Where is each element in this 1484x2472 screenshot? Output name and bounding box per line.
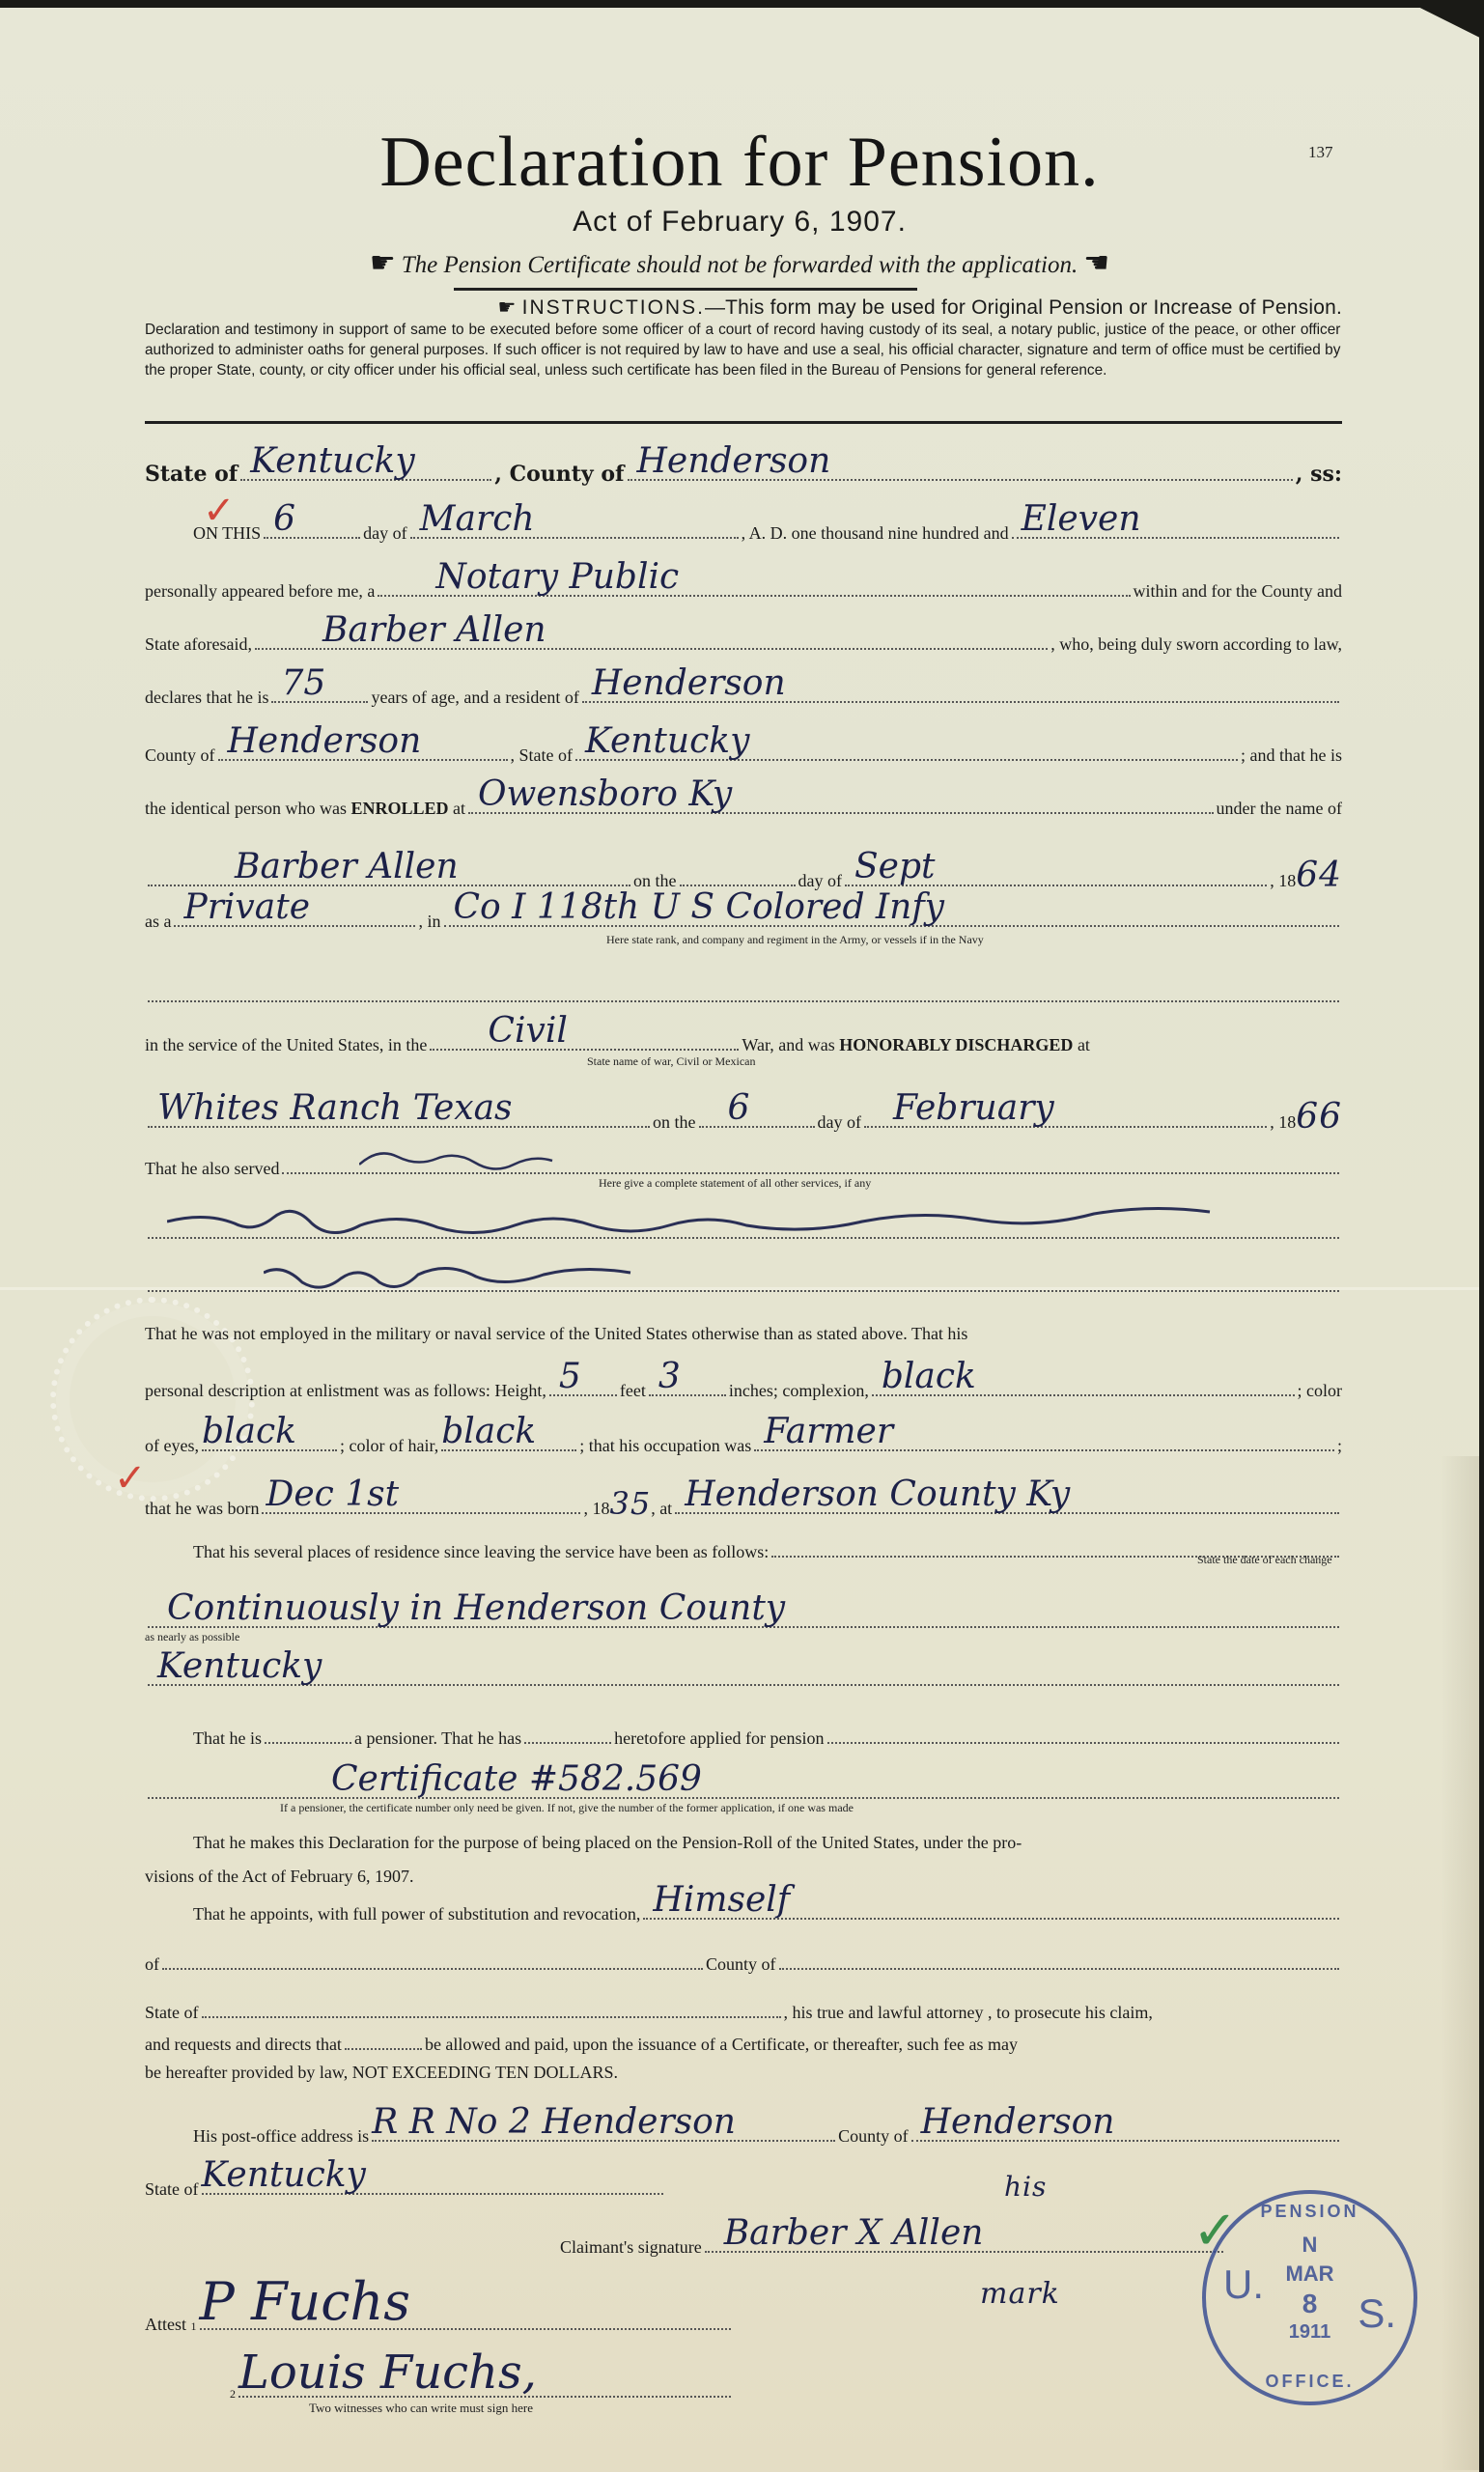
war-line: in the service of the United States, in … bbox=[145, 1031, 1342, 1055]
pointing-hand-right-icon: ☛ bbox=[370, 247, 396, 279]
document-title: Declaration for Pension. bbox=[0, 122, 1479, 204]
has-applied-field[interactable] bbox=[524, 1725, 611, 1744]
discharge-place-field[interactable]: Whites Ranch Texas bbox=[148, 1109, 650, 1128]
complexion-field[interactable]: black bbox=[872, 1377, 1295, 1396]
divider bbox=[454, 288, 917, 291]
claimant-signature-field[interactable]: Barber X Allen bbox=[705, 2233, 1223, 2253]
act-subtitle: Act of February 6, 1907. bbox=[0, 206, 1479, 239]
residence-county-field[interactable]: Henderson bbox=[218, 742, 508, 761]
enrolled-year: 64 bbox=[1296, 856, 1342, 895]
fee-line: and requests and directs that be allowed… bbox=[145, 2031, 1342, 2055]
rank-caption: Here state rank, and company and regimen… bbox=[606, 933, 984, 947]
venue-line: State of Kentucky , County of Henderson … bbox=[145, 462, 1342, 487]
unit-continued-field[interactable] bbox=[148, 983, 1339, 1002]
page-number: 137 bbox=[1308, 143, 1333, 162]
height-inches-field[interactable]: 3 bbox=[649, 1377, 726, 1396]
strikeout-scribble bbox=[264, 1261, 698, 1300]
pensioner-line: That he is a pensioner. That he has here… bbox=[145, 1725, 1342, 1749]
red-check-mark-icon: ✓ bbox=[114, 1456, 147, 1501]
discharge-line: Whites Ranch Texas on the 6 day of Febru… bbox=[145, 1097, 1342, 1137]
month-field[interactable]: March bbox=[410, 520, 739, 539]
description-line: personal description at enlistment was a… bbox=[145, 1377, 1342, 1401]
enrollment-place-field[interactable]: Owensboro Ky bbox=[468, 795, 1214, 814]
strikeout-scribble bbox=[359, 1143, 572, 1172]
enrolled-day-field[interactable] bbox=[680, 867, 796, 886]
other-service-line-3 bbox=[145, 1273, 1342, 1292]
attorney-city-field[interactable] bbox=[162, 1951, 703, 1970]
signature-mark: mark bbox=[980, 2277, 1060, 2311]
rank-line: as a Private , in Co I 118th U S Colored… bbox=[145, 908, 1342, 932]
officer-field[interactable]: Notary Public bbox=[378, 577, 1130, 597]
residences-field-1[interactable]: Continuously in Henderson County bbox=[148, 1609, 1339, 1628]
born-line: that he was born Dec 1st , 18 35 , at He… bbox=[145, 1485, 1342, 1522]
residence-field[interactable]: Henderson bbox=[582, 684, 1339, 703]
residence-caption: State the date of each change bbox=[1197, 1553, 1332, 1567]
discharge-day-field[interactable]: 6 bbox=[699, 1109, 815, 1128]
hair-color-field[interactable]: black bbox=[441, 1432, 576, 1451]
attorney-field[interactable]: Himself bbox=[643, 1900, 1339, 1920]
venue-county-field[interactable]: Henderson bbox=[628, 462, 1293, 481]
residence-line: County of Henderson , State of Kentucky … bbox=[145, 742, 1342, 766]
residences-value-line: Continuously in Henderson County bbox=[145, 1609, 1342, 1628]
torn-edge bbox=[1441, 1456, 1479, 2470]
rank-continuation-line bbox=[145, 983, 1342, 1002]
is-pensioner-field[interactable] bbox=[265, 1725, 351, 1744]
enrolled-month-field[interactable]: Sept bbox=[845, 867, 1267, 886]
attorney-line: That he appoints, with full power of sub… bbox=[145, 1900, 1342, 1924]
other-service-field-3[interactable] bbox=[148, 1273, 1339, 1292]
attorney-of-line: of County of bbox=[145, 1951, 1342, 1975]
certificate-number-field[interactable]: Certificate #582.569 bbox=[148, 1780, 1339, 1799]
unit-field[interactable]: Co I 118th U S Colored Infy bbox=[444, 908, 1340, 927]
post-office-address-field[interactable]: R R No 2 Henderson bbox=[372, 2122, 835, 2142]
age-line: declares that he is 75 years of age, and… bbox=[145, 684, 1342, 708]
instructions: ☛ INSTRUCTIONS.—This form may be used fo… bbox=[145, 295, 1342, 380]
witness-caption: Two witnesses who can write must sign he… bbox=[309, 2401, 533, 2416]
not-employed-statement: That he was not employed in the military… bbox=[145, 1324, 1342, 1344]
attest-line-1: Attest 1 P Fuchs bbox=[145, 2311, 734, 2335]
discharge-month-field[interactable]: February bbox=[864, 1109, 1267, 1128]
age-field[interactable]: 75 bbox=[271, 684, 368, 703]
war-caption: State name of war, Civil or Mexican bbox=[587, 1054, 755, 1069]
purpose-line-1: That he makes this Declaration for the p… bbox=[145, 1833, 1342, 1853]
address-state-field[interactable]: Kentucky bbox=[202, 2176, 664, 2195]
war-field[interactable]: Civil bbox=[430, 1031, 739, 1051]
pointing-hand-left-icon: ☚ bbox=[1083, 247, 1109, 279]
occupation-field[interactable]: Farmer bbox=[754, 1432, 1334, 1451]
date-line: ON THIS 6 day of March , A. D. one thous… bbox=[145, 520, 1342, 544]
claimant-line: State aforesaid, Barber Allen , who, bei… bbox=[145, 631, 1342, 655]
signature-his: his bbox=[1004, 2171, 1047, 2203]
address-line: His post-office address is R R No 2 Hend… bbox=[145, 2122, 1342, 2147]
attorney-state-line: State of , his true and lawful attorney … bbox=[145, 1999, 1342, 2023]
year-words-field[interactable]: Eleven bbox=[1012, 520, 1339, 539]
witness-2-field[interactable]: Louis Fuchs, bbox=[238, 2378, 731, 2398]
instructions-body: Declaration and testimony in support of … bbox=[145, 320, 1340, 380]
venue-state-field[interactable]: Kentucky bbox=[240, 462, 491, 481]
residences-line: That his several places of residence sin… bbox=[145, 1538, 1342, 1562]
other-service-line-2 bbox=[145, 1220, 1342, 1239]
birth-date-field[interactable]: Dec 1st bbox=[262, 1495, 580, 1514]
certificate-notice: ☛The Pension Certificate should not be f… bbox=[0, 246, 1479, 280]
attorney-county-field[interactable] bbox=[779, 1951, 1339, 1970]
fee-limit-line: be hereafter provided by law, NOT EXCEED… bbox=[145, 2063, 1342, 2083]
attorney-state-field[interactable] bbox=[202, 1999, 781, 2018]
pension-declaration-form: Declaration for Pension. 137 Act of Febr… bbox=[0, 8, 1479, 2472]
address-county-field[interactable]: Henderson bbox=[911, 2122, 1339, 2142]
residences-value-line-2: Kentucky bbox=[145, 1667, 1342, 1686]
address-state-line: State of Kentucky bbox=[145, 2176, 666, 2200]
claimant-name-field[interactable]: Barber Allen bbox=[255, 631, 1048, 650]
residence-state-field[interactable]: Kentucky bbox=[575, 742, 1238, 761]
day-field[interactable]: 6 bbox=[264, 520, 360, 539]
pension-applied-field[interactable] bbox=[827, 1725, 1339, 1744]
divider bbox=[145, 421, 1342, 424]
claimant-signature-line: Claimant's signature Barber X Allen bbox=[560, 2233, 1226, 2258]
officer-line: personally appeared before me, a Notary … bbox=[145, 577, 1342, 602]
attest-line-2: 2 Louis Fuchs, bbox=[230, 2378, 734, 2402]
certificate-caption: If a pensioner, the certificate number o… bbox=[280, 1801, 854, 1815]
other-service-caption: Here give a complete statement of all ot… bbox=[599, 1176, 871, 1191]
instructions-label: INSTRUCTIONS. bbox=[522, 296, 705, 319]
strikeout-scribble bbox=[167, 1204, 1229, 1243]
other-service-field-2[interactable] bbox=[148, 1220, 1339, 1239]
fee-field[interactable] bbox=[345, 2031, 422, 2050]
pension-office-received-stamp: PENSION N MAR 8 1911 U. S. OFFICE. bbox=[1202, 2190, 1417, 2405]
birth-place-field[interactable]: Henderson County Ky bbox=[675, 1495, 1339, 1514]
eye-color-field[interactable]: black bbox=[202, 1432, 337, 1451]
enrolled-line: the identical person who was ENROLLED at… bbox=[145, 795, 1342, 819]
rank-field[interactable]: Private bbox=[174, 908, 415, 927]
other-service-field[interactable] bbox=[282, 1155, 1339, 1174]
discharge-year: 66 bbox=[1296, 1097, 1342, 1137]
residence-caption-left: as nearly as possible bbox=[145, 1630, 239, 1644]
residences-field-2[interactable]: Kentucky bbox=[148, 1667, 1339, 1686]
witness-1-field[interactable]: P Fuchs bbox=[200, 2311, 732, 2330]
pointing-hand-icon: ☛ bbox=[498, 296, 522, 319]
enrolled-name-field[interactable]: Barber Allen bbox=[148, 867, 630, 886]
birth-year: 35 bbox=[609, 1485, 651, 1522]
height-feet-field[interactable]: 5 bbox=[549, 1377, 617, 1396]
eyes-hair-occupation-line: of eyes, black ; color of hair, black ; … bbox=[145, 1432, 1342, 1456]
certificate-line: Certificate #582.569 bbox=[145, 1780, 1342, 1799]
